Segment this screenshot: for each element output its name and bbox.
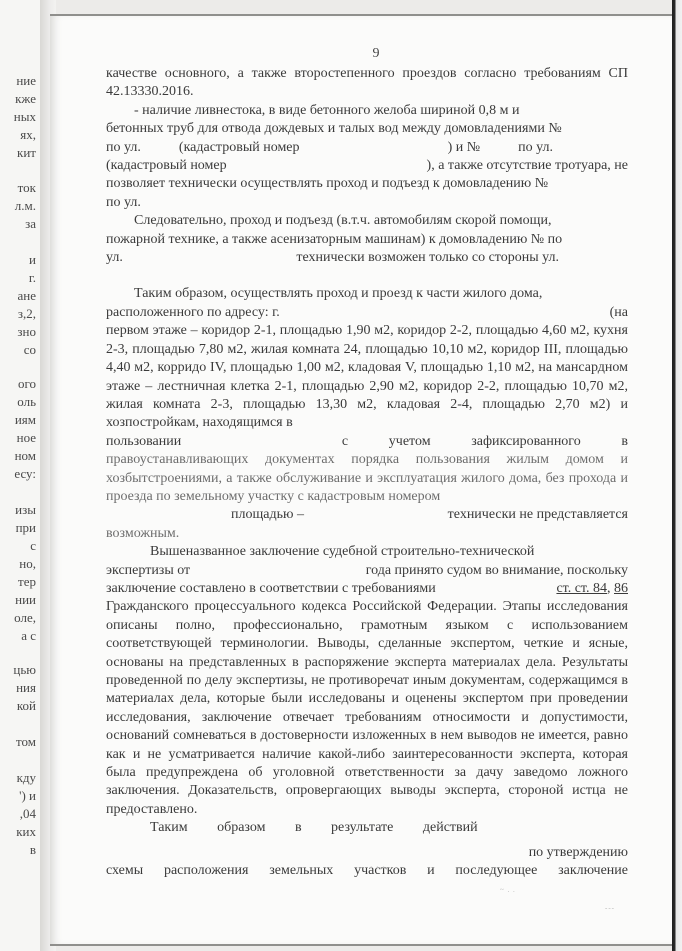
- text-fragment: ,: [607, 581, 611, 596]
- left-page-fragment: ное: [17, 430, 36, 446]
- text-fragment: ул.: [106, 250, 123, 265]
- left-page-fragment: ане: [18, 288, 37, 304]
- left-page-fragment: кже: [15, 91, 36, 107]
- paragraph-access-line-1: Следовательно, проход и подъезд (в.т.ч. …: [106, 212, 628, 230]
- paragraph-conclusion-rooms: первом этаже – коридор 2-1, площадью 1,9…: [106, 322, 628, 432]
- left-page-fragment: и: [29, 252, 36, 268]
- left-page-fragment: при: [16, 520, 36, 536]
- adjacent-page-fragment: ниекженыхях,киттокл.м.заиг.анез,2,зносоо…: [0, 0, 40, 951]
- paragraph-conclusion-usage: пользовании с учетом зафиксированного в: [106, 433, 628, 451]
- text-fragment: технически возможен только со стороны ул…: [296, 250, 559, 265]
- text-fragment: технически не представляется: [448, 506, 628, 524]
- paragraph-conclusion-line-14: возможным.: [106, 525, 628, 543]
- text-fragment: по ул.: [106, 139, 141, 157]
- left-page-fragment: иям: [15, 412, 36, 428]
- paragraph-drainage-line-3: по ул. (кадастровый номер ) и № по ул.: [106, 139, 628, 157]
- left-page-fragment: кой: [17, 698, 36, 714]
- scan-artifact: • • •: [370, 864, 386, 872]
- left-page-fragment: с: [30, 538, 36, 554]
- paragraph-spacer: [106, 267, 628, 285]
- paragraph-result-line-1: Таким образом в результате действий: [106, 819, 628, 837]
- paragraph-access-line-2: пожарной технике, а также асенизаторным …: [106, 231, 628, 249]
- left-page-fragment: оль: [17, 394, 36, 410]
- left-page-fragment: г.: [29, 270, 36, 286]
- text-fragment: ), а также отсутствие тротуара, не: [427, 157, 628, 175]
- text-fragment: (кадастровый номер: [179, 139, 300, 157]
- left-page-fragment: ,04: [20, 806, 36, 822]
- text-fragment: ) и №: [448, 139, 481, 157]
- paragraph-drainage-line-1: - наличие ливнестока, в виде бетонного ж…: [106, 102, 628, 120]
- text-fragment: экспертизы от: [106, 563, 190, 578]
- page-number: 9: [50, 46, 672, 62]
- left-page-fragment: ток: [18, 180, 36, 196]
- paragraph-drainage-line-6: по ул.: [106, 194, 628, 212]
- left-page-fragment: ') и: [19, 788, 36, 804]
- paragraph-result-line-3: схемы расположения земельных участков и …: [106, 862, 628, 880]
- left-page-fragment: за: [25, 216, 36, 232]
- left-page-fragment: ном: [15, 448, 36, 464]
- left-page-fragment: ях,: [20, 127, 36, 143]
- law-link-art-84[interactable]: ст. ст. 84: [556, 581, 607, 596]
- left-page-fragment: со: [24, 342, 36, 358]
- left-page-fragment: ких: [16, 824, 36, 840]
- text-fragment: зафиксированного: [471, 433, 580, 451]
- text-fragment: учетом: [389, 433, 431, 451]
- left-page-fragment: оле,: [14, 610, 36, 626]
- text-fragment: заключение составлено в соответствии с т…: [106, 581, 436, 596]
- paragraph-expertise-line-2: экспертизы от года принято судом во вним…: [106, 562, 628, 580]
- left-page-fragment: з,2,: [18, 306, 36, 322]
- paragraph-drainage-line-5: позволяет технически осуществлять проход…: [106, 175, 628, 193]
- paragraph-conclusion-line-13: площадью – технически не представляется: [106, 506, 628, 524]
- left-page-fragment: зно: [17, 324, 36, 340]
- left-page-fragment: кду: [17, 770, 36, 786]
- left-page-fragment: есу:: [14, 466, 36, 482]
- left-page-fragment: ого: [18, 376, 36, 392]
- left-page-fragment: тер: [18, 574, 36, 590]
- left-page-fragment: нии: [15, 592, 36, 608]
- paragraph-conclusion-line-1: Таким образом, осуществлять проход и про…: [106, 285, 628, 303]
- text-fragment: в: [621, 433, 628, 451]
- document-page: 9 качестве основного, а также второстепе…: [50, 14, 672, 946]
- text-fragment: года принято судом во внимание, поскольк…: [366, 562, 628, 580]
- paragraph-result-line-2: по утверждению: [106, 844, 628, 862]
- left-page-fragment: а с: [21, 628, 36, 644]
- text-fragment: (на: [610, 304, 628, 322]
- paragraph-drainage-line-4: (кадастровый номер ), а также отсутствие…: [106, 157, 628, 175]
- text-fragment: по ул.: [518, 139, 553, 157]
- left-page-fragment: л.м.: [15, 198, 36, 214]
- paragraph-conclusion-line-2: расположенного по адресу: г. (на: [106, 304, 628, 322]
- left-page-fragment: том: [16, 734, 36, 750]
- left-page-fragment: ных: [14, 109, 36, 125]
- left-page-fragment: кит: [17, 145, 36, 161]
- paragraph-conclusion-faint: правоустанавливающих документах порядка …: [106, 451, 628, 506]
- text-fragment: расположенного по адресу: г.: [106, 304, 280, 322]
- law-link-art-86[interactable]: 86: [614, 581, 628, 596]
- scan-artifact: ---: [605, 904, 615, 912]
- text-fragment: площадью –: [231, 507, 304, 522]
- text-fragment: пользовании: [106, 433, 181, 451]
- scan-border: [672, 0, 682, 951]
- left-page-fragment: в: [30, 842, 36, 858]
- paragraph-access-line-3: ул. технически возможен только со сторон…: [106, 249, 628, 267]
- paragraph-expertise-line-3: заключение составлено в соответствии с т…: [106, 580, 628, 598]
- left-page-fragment: ние: [16, 73, 36, 89]
- paragraph-road-requirements: качестве основного, а также второстепенн…: [106, 65, 628, 102]
- document-body: качестве основного, а также второстепенн…: [106, 65, 628, 880]
- left-page-fragment: но,: [19, 556, 36, 572]
- law-references: ст. ст. 84, 86: [556, 580, 628, 598]
- paragraph-drainage-line-2: бетонных труб для отвода дождевых и талы…: [106, 120, 628, 138]
- text-fragment: с: [342, 433, 348, 451]
- paragraph-expertise-body: Гражданского процессуального кодекса Рос…: [106, 598, 628, 819]
- scan-artifact: ~ . .: [500, 886, 516, 894]
- left-page-fragment: изы: [15, 502, 36, 518]
- paragraph-expertise-line-1: Вышеназванное заключение судебной строит…: [106, 543, 628, 561]
- left-page-fragment: цью: [13, 662, 36, 678]
- left-page-fragment: ния: [16, 680, 36, 696]
- text-fragment: (кадастровый номер: [106, 157, 227, 175]
